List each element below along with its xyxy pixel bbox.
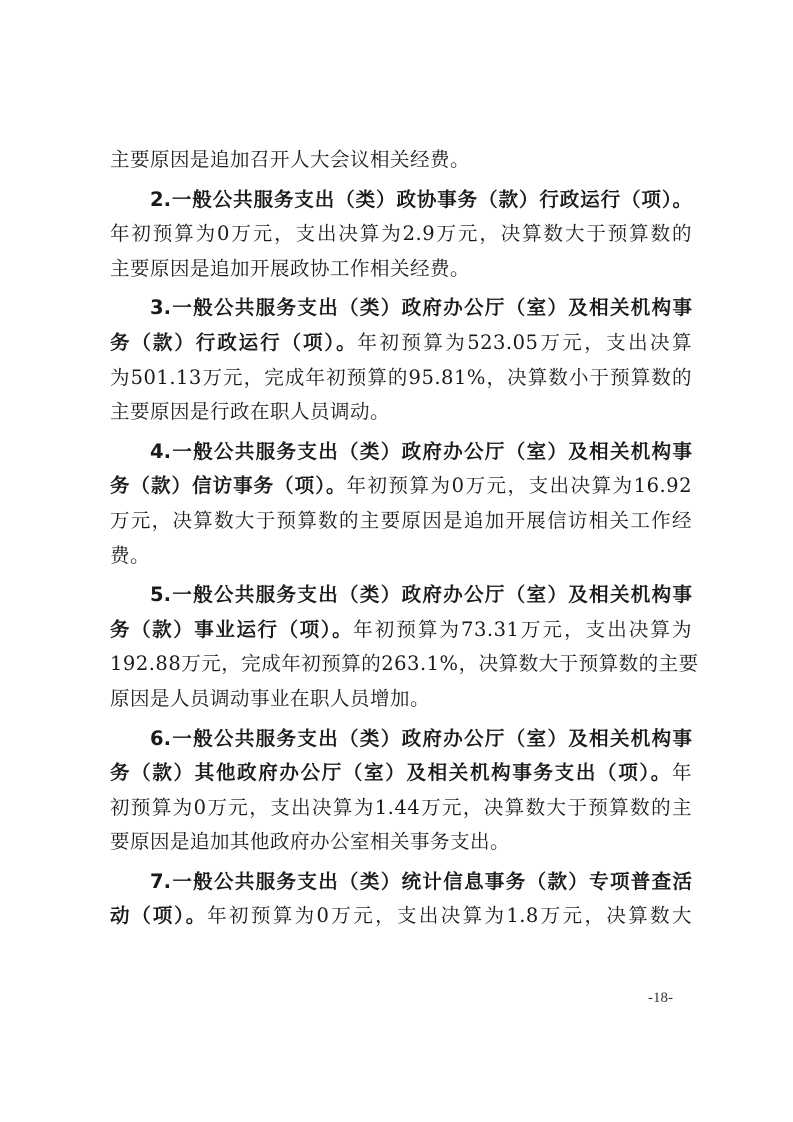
text-line: 务（款）行政运行（项）。年初预算为523.05万元，支出决算 [110, 326, 692, 361]
item-title: 2.一般公共服务支出（类）政协事务（款）行政运行（项）。 [150, 188, 692, 211]
body-text: 年初预算为0万元，支出决算为16.92 [346, 474, 692, 497]
body-text: 年 [672, 761, 692, 784]
body-text: 192.88万元，完成年初预算的263.1%，决算数大于预算数的主要 [110, 652, 699, 675]
text-line: 要原因是追加其他政府办公室相关事务支出。 [110, 825, 692, 860]
item-title: 4.一般公共服务支出（类）政府办公厅（室）及相关机构事 [150, 440, 692, 463]
text-line: 初预算为0万元，支出决算为1.44万元，决算数大于预算数的主 [110, 791, 692, 826]
item-title: 5.一般公共服务支出（类）政府办公厅（室）及相关机构事 [150, 583, 692, 606]
text-line: 万元，决算数大于预算数的主要原因是追加开展信访相关工作经 [110, 504, 692, 539]
document-body: 主要原因是追加召开人大会议相关经费。2.一般公共服务支出（类）政协事务（款）行政… [110, 143, 692, 934]
text-line: 务（款）其他政府办公厅（室）及相关机构事务支出（项）。年 [110, 756, 692, 791]
page-number: -18- [648, 990, 673, 1007]
text-line: 务（款）事业运行（项）。年初预算为73.31万元，支出决算为 [110, 613, 692, 648]
body-text: 主要原因是追加召开人大会议相关经费。 [110, 148, 470, 171]
text-line: 主要原因是追加开展政协工作相关经费。 [110, 252, 692, 287]
body-text: 年初预算为523.05万元，支出决算 [358, 331, 692, 354]
item-title: 动（项）。 [110, 904, 207, 927]
body-text: 要原因是追加其他政府办公室相关事务支出。 [110, 830, 510, 853]
item-title: 务（款）行政运行（项）。 [110, 331, 358, 354]
body-text: 主要原因是行政在职人员调动。 [110, 400, 390, 423]
body-text: 年初预算为73.31万元，支出决算为 [353, 618, 692, 641]
body-text: 年初预算为0万元，支出决算为2.9万元，决算数大于预算数的 [110, 222, 692, 245]
text-line: 主要原因是行政在职人员调动。 [110, 395, 692, 430]
item-title: 7.一般公共服务支出（类）统计信息事务（款）专项普查活 [150, 870, 692, 893]
text-line: 年初预算为0万元，支出决算为2.9万元，决算数大于预算数的 [110, 217, 692, 252]
paragraph-heading-line: 7.一般公共服务支出（类）统计信息事务（款）专项普查活 [110, 865, 692, 900]
paragraph-heading-line: 5.一般公共服务支出（类）政府办公厅（室）及相关机构事 [110, 578, 692, 613]
body-text: 为501.13万元，完成年初预算的95.81%，决算数小于预算数的 [110, 366, 692, 389]
body-text: 原因是人员调动事业在职人员增加。 [110, 687, 430, 710]
item-title: 3.一般公共服务支出（类）政府办公厅（室）及相关机构事 [150, 296, 692, 319]
text-line: 主要原因是追加召开人大会议相关经费。 [110, 143, 692, 178]
text-line: 192.88万元，完成年初预算的263.1%，决算数大于预算数的主要 [110, 647, 692, 682]
paragraph-heading-line: 4.一般公共服务支出（类）政府办公厅（室）及相关机构事 [110, 435, 692, 470]
body-text: 主要原因是追加开展政协工作相关经费。 [110, 257, 470, 280]
item-title: 6.一般公共服务支出（类）政府办公厅（室）及相关机构事 [150, 727, 692, 750]
text-line: 费。 [110, 539, 692, 574]
text-line: 原因是人员调动事业在职人员增加。 [110, 682, 692, 717]
body-text: 万元，决算数大于预算数的主要原因是追加开展信访相关工作经 [110, 509, 692, 532]
item-title: 务（款）信访事务（项）。 [110, 474, 346, 497]
text-line: 务（款）信访事务（项）。年初预算为0万元，支出决算为16.92 [110, 469, 692, 504]
body-text: 年初预算为0万元，支出决算为1.8万元，决算数大 [207, 904, 692, 927]
body-text: 费。 [110, 544, 150, 567]
text-line: 为501.13万元，完成年初预算的95.81%，决算数小于预算数的 [110, 361, 692, 396]
paragraph-heading-line: 3.一般公共服务支出（类）政府办公厅（室）及相关机构事 [110, 291, 692, 326]
paragraph-heading-line: 6.一般公共服务支出（类）政府办公厅（室）及相关机构事 [110, 722, 692, 757]
item-title: 务（款）其他政府办公厅（室）及相关机构事务支出（项）。 [110, 761, 672, 784]
item-title: 务（款）事业运行（项）。 [110, 618, 353, 641]
text-line: 动（项）。年初预算为0万元，支出决算为1.8万元，决算数大 [110, 899, 692, 934]
body-text: 初预算为0万元，支出决算为1.44万元，决算数大于预算数的主 [110, 796, 692, 819]
paragraph-heading-line: 2.一般公共服务支出（类）政协事务（款）行政运行（项）。 [110, 183, 692, 218]
